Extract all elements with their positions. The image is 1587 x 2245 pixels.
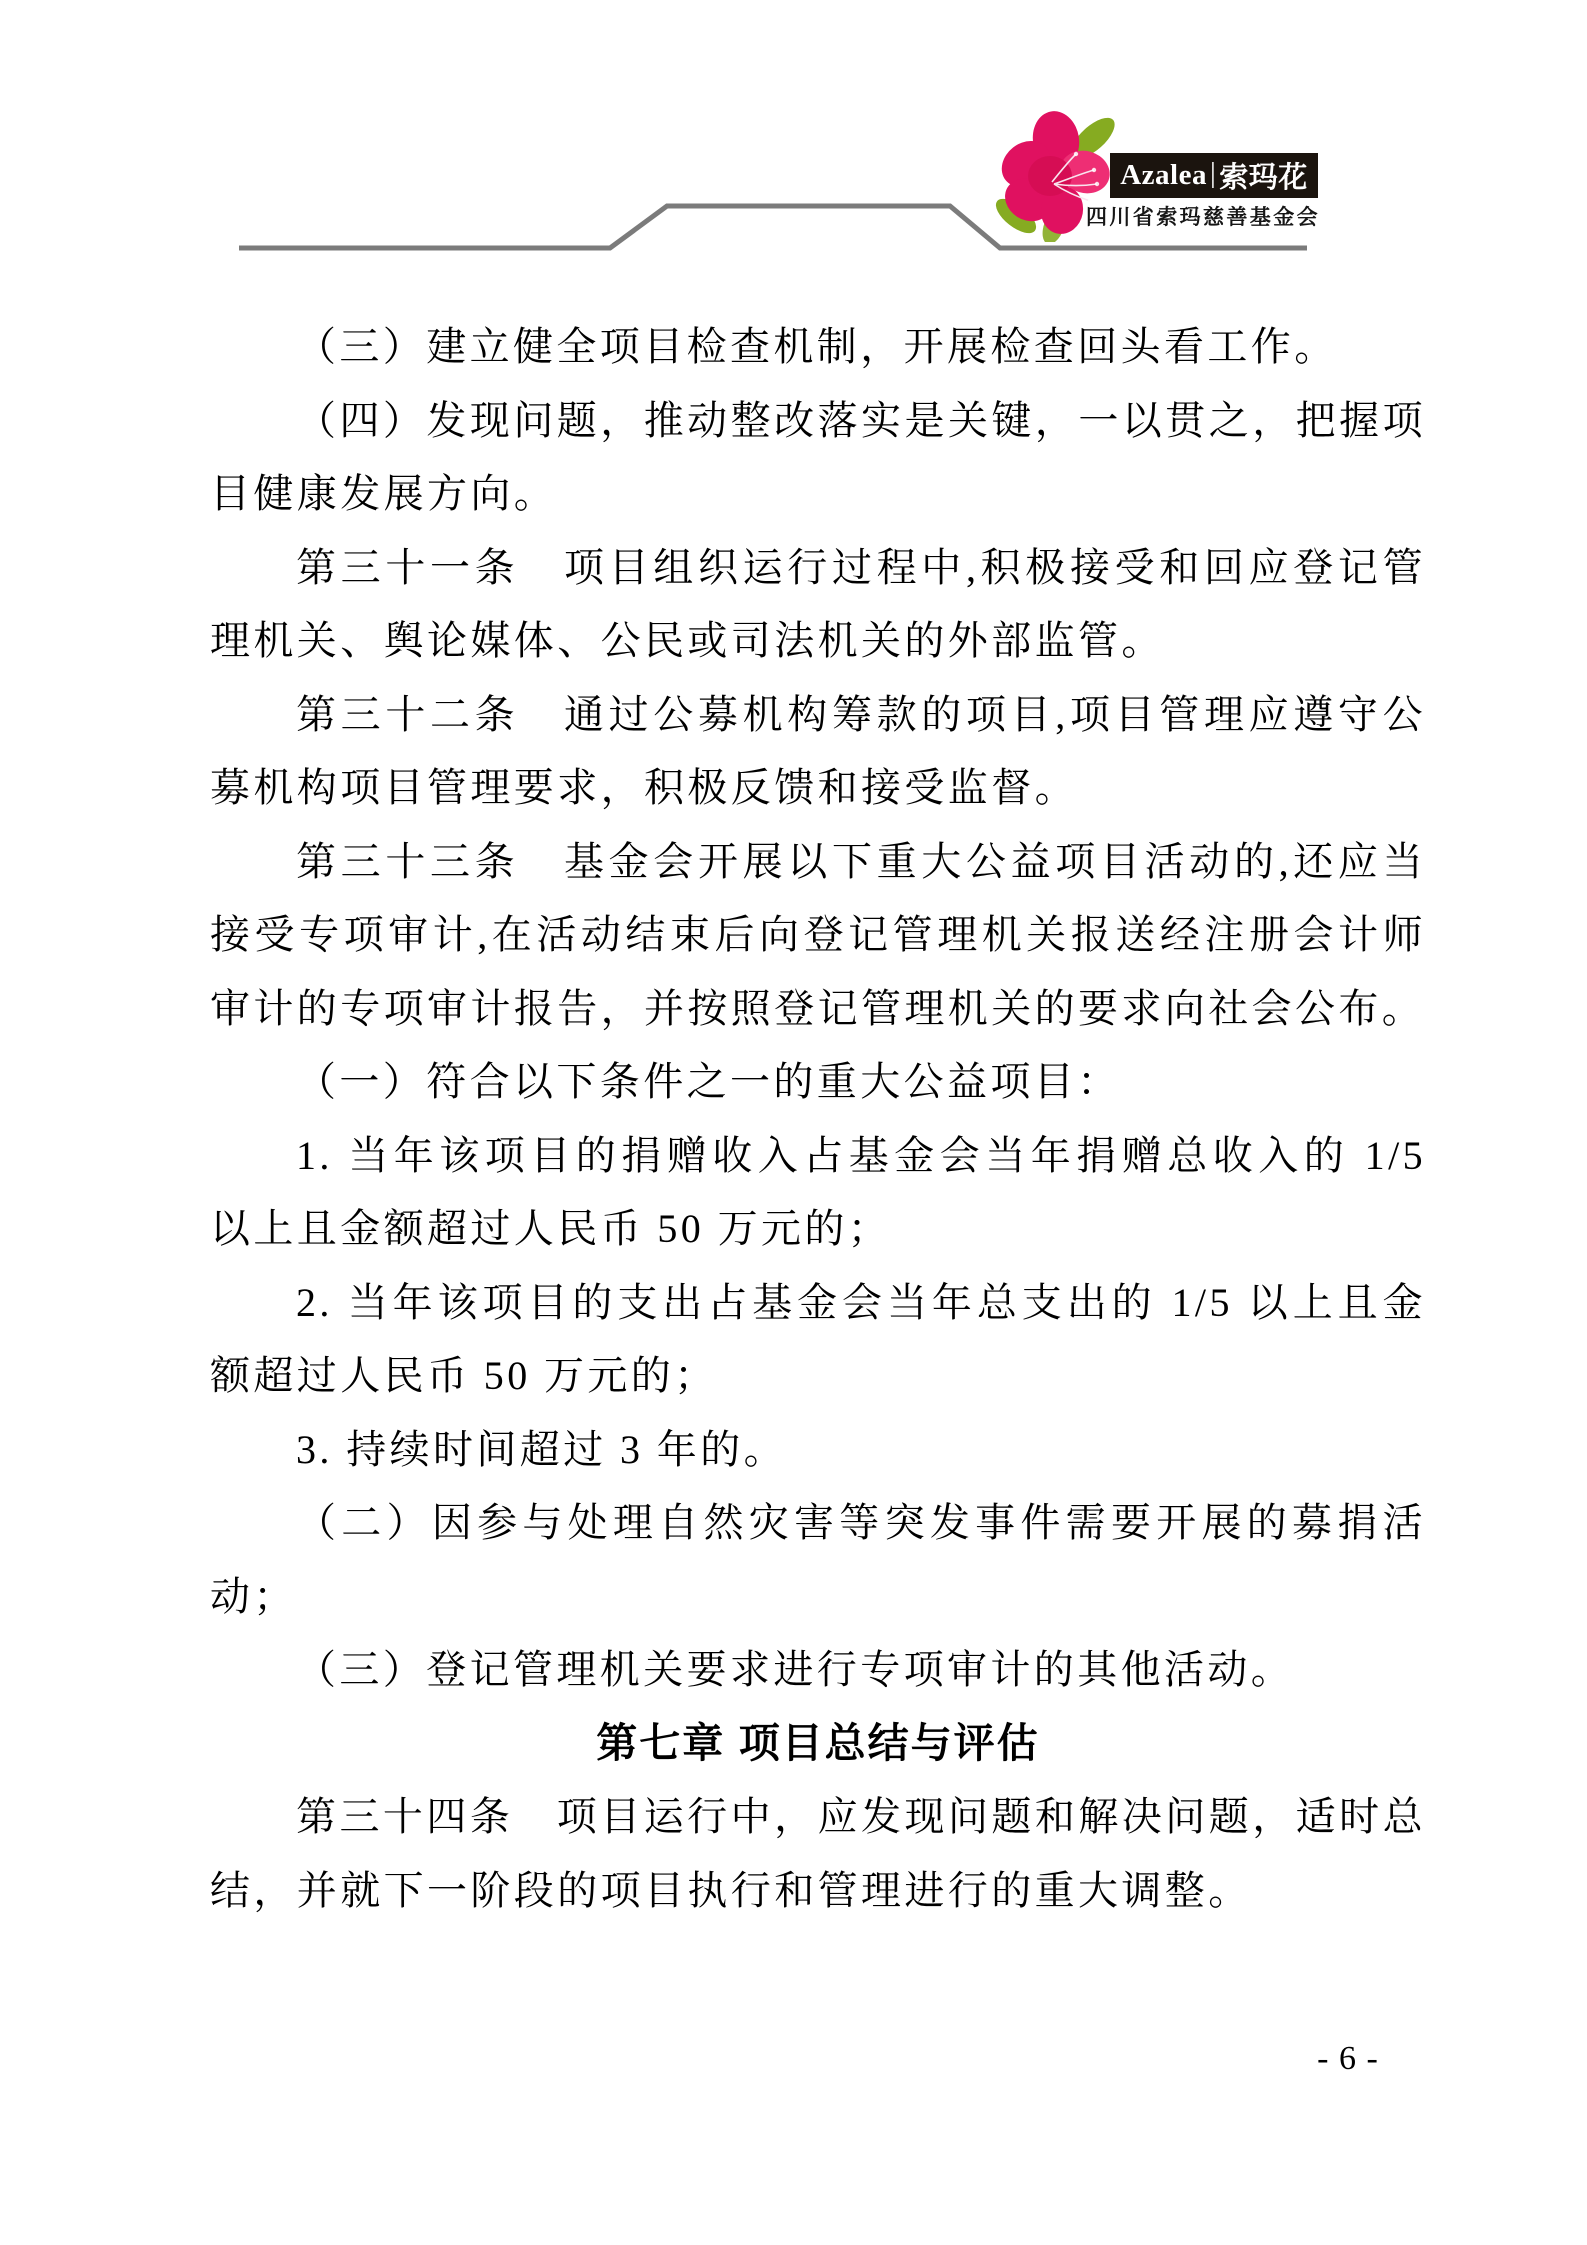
logo-banner: Azalea|索玛花: [1110, 153, 1318, 198]
body-paragraph: （三）建立健全项目检查机制，开展检查回头看工作。: [210, 310, 1426, 384]
document-body: （三）建立健全项目检查机制，开展检查回头看工作。 （四）发现问题，推动整改落实是…: [210, 310, 1426, 1927]
document-page: Azalea|索玛花 四川省索玛慈善基金会 （三）建立健全项目检查机制，开展检查…: [0, 0, 1587, 2245]
body-paragraph: 2. 当年该项目的支出占基金会当年总支出的 1/5 以上且金额超过人民币 50 …: [210, 1266, 1426, 1413]
body-paragraph: （一）符合以下条件之一的重大公益项目：: [210, 1045, 1426, 1119]
body-paragraph: （四）发现问题，推动整改落实是关键，一以贯之，把握项目健康发展方向。: [210, 384, 1426, 531]
body-paragraph: 3. 持续时间超过 3 年的。: [210, 1413, 1426, 1487]
organization-name: 四川省索玛慈善基金会: [1086, 201, 1322, 231]
chapter-heading: 第七章 项目总结与评估: [210, 1707, 1426, 1781]
page-number: - 6 -: [1283, 2040, 1413, 2078]
body-paragraph: （二）因参与处理自然灾害等突发事件需要开展的募捐活动；: [210, 1486, 1426, 1633]
logo-banner-divider: |: [1210, 157, 1216, 190]
logo-banner-text-en: Azalea: [1120, 159, 1207, 192]
logo-banner-text-cn: 索玛花: [1219, 155, 1308, 196]
body-paragraph: （三）登记管理机关要求进行专项审计的其他活动。: [210, 1633, 1426, 1707]
body-paragraph: 第三十二条 通过公募机构筹款的项目,项目管理应遵守公募机构项目管理要求，积极反馈…: [210, 678, 1426, 825]
body-paragraph: 第三十三条 基金会开展以下重大公益项目活动的,还应当接受专项审计,在活动结束后向…: [210, 825, 1426, 1046]
body-paragraph: 1. 当年该项目的捐赠收入占基金会当年捐赠总收入的 1/5 以上且金额超过人民币…: [210, 1119, 1426, 1266]
header-divider-line: [0, 0, 1587, 320]
body-paragraph: 第三十一条 项目组织运行过程中,积极接受和回应登记管理机关、舆论媒体、公民或司法…: [210, 531, 1426, 678]
body-paragraph: 第三十四条 项目运行中，应发现问题和解决问题，适时总结，并就下一阶段的项目执行和…: [210, 1780, 1426, 1927]
